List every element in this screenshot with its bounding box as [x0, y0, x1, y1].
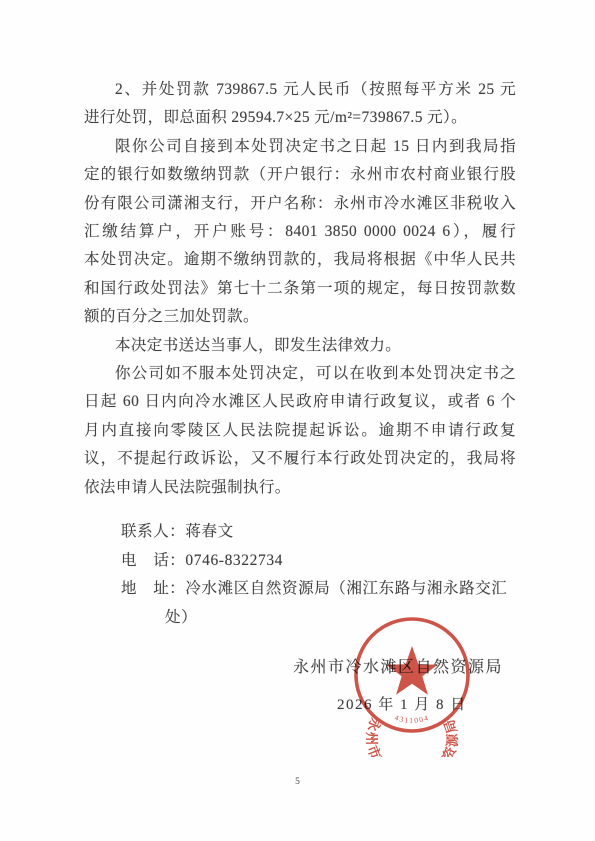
- body-text-line: 进行处罚，即总面积 29594.7×25 元/m²=739867.5 元）。: [84, 104, 516, 132]
- body-text-line: 和国行政处罚法》第七十二条第一项的规定，每日按罚款数: [84, 275, 516, 303]
- contact-person-value: 蒋春文: [185, 523, 233, 540]
- body-text-line: 限你公司自接到本处罚决定书之日起 15 日内到我局指: [84, 133, 516, 161]
- body-text-line: 本处罚决定。逾期不缴纳罚款的，我局将根据《中华人民共: [84, 246, 516, 274]
- contact-address-wrap-line: 处）: [165, 604, 521, 633]
- seal-arc-text: 永州市冷水滩区自然资源局: [364, 716, 460, 757]
- contact-phone-label: 电 话：: [121, 552, 185, 569]
- body-text-line: 份有限公司潇湘支行，开户名称：永州市冷水滩区非税收入: [84, 190, 516, 218]
- contact-address-label: 地 址：: [121, 580, 185, 597]
- body-text-line: 日起 60 日内向冷水滩区人民政府申请行政复议，或者 6 个: [84, 388, 516, 416]
- body-text-line: 你公司如不服本处罚决定，可以在收到本处罚决定书之: [84, 360, 516, 388]
- signature-block: 永州市冷水滩区自然资源局 2026 年 1 月 8 日: [293, 657, 509, 715]
- body-text-line: 本决定书送达当事人，即发生法律效力。: [84, 332, 516, 360]
- contact-phone-value: 0746-8322734: [185, 552, 283, 569]
- document-page: 2、并处罚款 739867.5 元人民币（按照每平方米 25 元进行处罚，即总面…: [0, 0, 595, 841]
- body-text-line: 额的百分之三加处罚款。: [84, 303, 516, 331]
- body-text-line: 依法申请人民法院强制执行。: [84, 474, 516, 502]
- contact-phone-line: 电 话：0746-8322734: [121, 547, 521, 576]
- body-text-line: 议，不提起行政诉讼，又不履行本行政处罚决定的，我局将: [84, 445, 516, 473]
- body-text-line: 汇缴结算户，开户账号：8401 3850 0000 0024 6），履行: [84, 218, 516, 246]
- body-text-line: 定的银行如数缴纳罚款（开户银行：永州市农村商业银行股: [84, 161, 516, 189]
- body-text-line: 2、并处罚款 739867.5 元人民币（按照每平方米 25 元: [84, 76, 516, 104]
- contact-block: 联系人：蒋春文 电 话：0746-8322734 地 址：冷水滩区自然资源局（湘…: [121, 518, 521, 632]
- contact-address-value: 冷水滩区自然资源局（湘江东路与湘永路交汇: [185, 580, 507, 597]
- issue-date: 2026 年 1 月 8 日: [337, 695, 509, 715]
- body-text-line: 月内直接向零陵区人民法院提起诉讼。逾期不申请行政复: [84, 417, 516, 445]
- issuing-authority: 永州市冷水滩区自然资源局: [293, 657, 509, 678]
- document-body: 2、并处罚款 739867.5 元人民币（按照每平方米 25 元进行处罚，即总面…: [84, 76, 516, 502]
- contact-address-line: 地 址：冷水滩区自然资源局（湘江东路与湘永路交汇: [121, 575, 521, 604]
- contact-person-line: 联系人：蒋春文: [121, 518, 521, 547]
- contact-person-label: 联系人：: [121, 523, 185, 540]
- page-number: 5: [0, 777, 595, 787]
